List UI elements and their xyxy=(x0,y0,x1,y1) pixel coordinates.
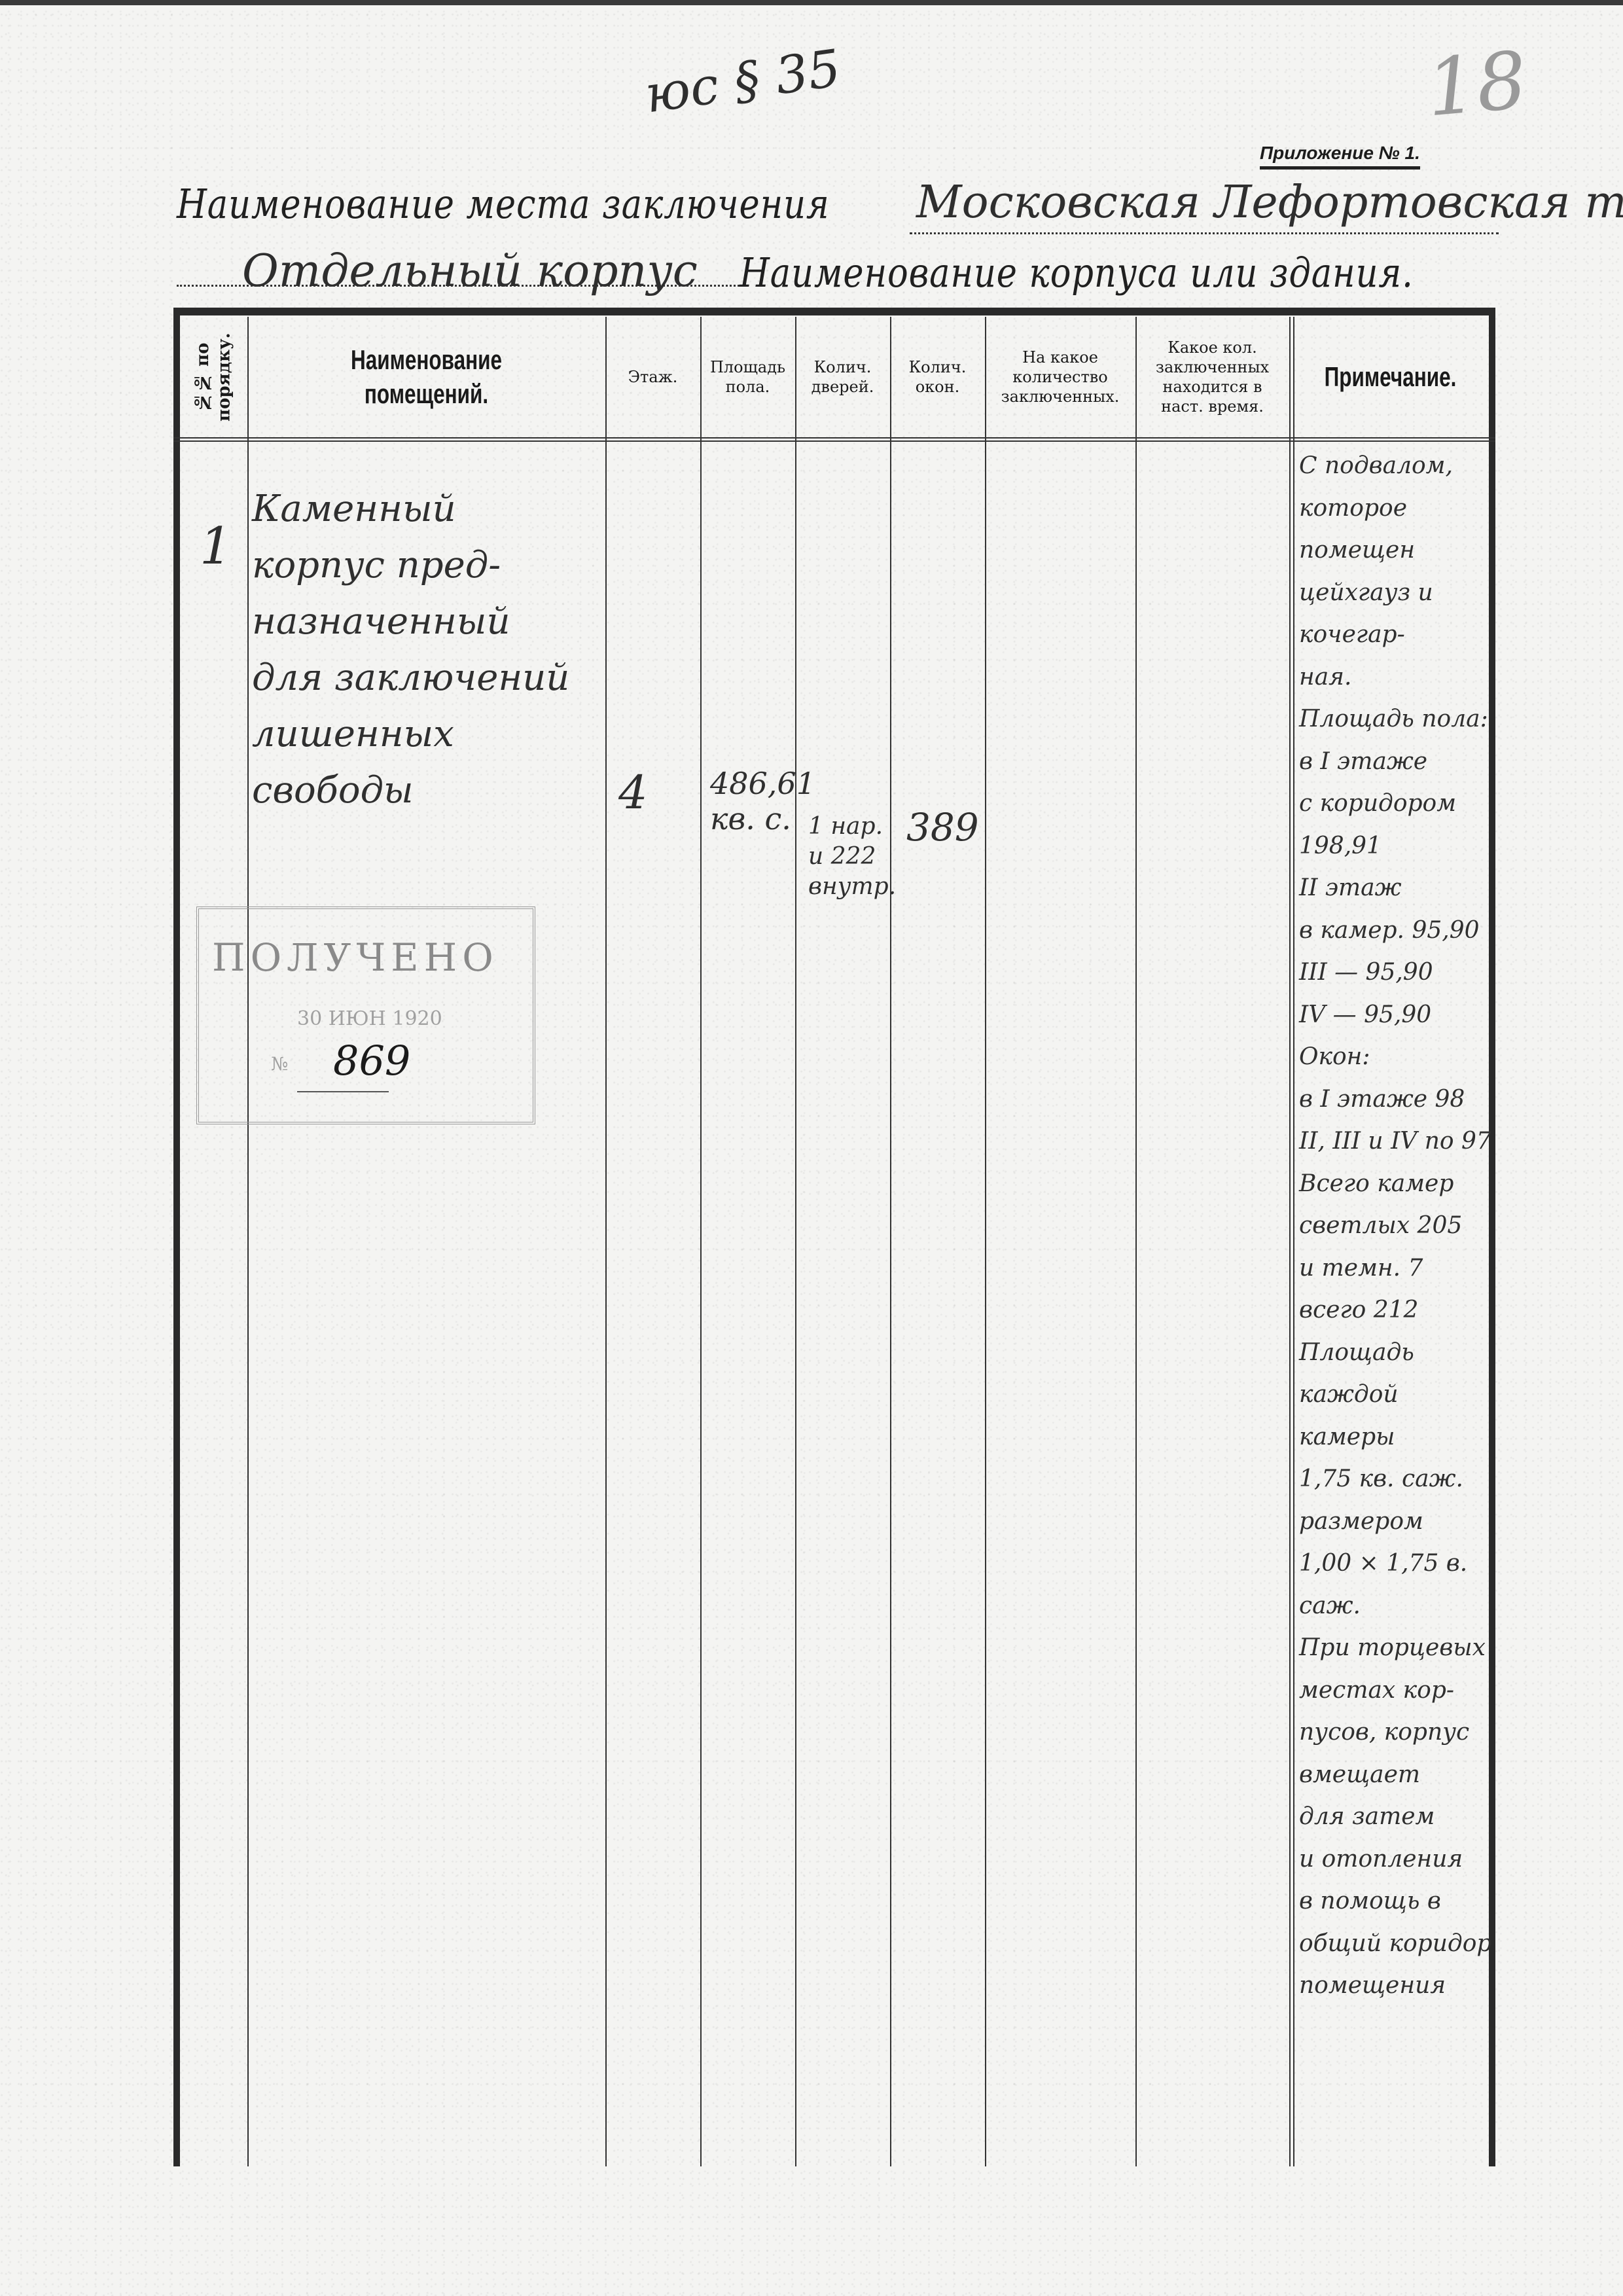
received-stamp: ПОЛУЧЕНО 30 ИЮН 1920 № 869 xyxy=(196,906,535,1124)
header-doors: Колич. дверей. xyxy=(795,317,890,437)
header-separator xyxy=(173,437,1495,442)
place-label: Наименование места заключения xyxy=(177,180,830,228)
header-windows: Колич. окон. xyxy=(890,317,985,437)
floor-area: 486,61 кв. с. xyxy=(710,766,815,836)
place-dotted-line xyxy=(910,232,1499,234)
stamp-date: 30 ИЮН 1920 xyxy=(297,1007,442,1030)
header-room-name: Наименование помещений. xyxy=(247,317,605,437)
premises-table: №№ по порядку. Наименование помещений. Э… xyxy=(173,308,1495,2166)
header-notes: Примечание. xyxy=(1293,317,1489,437)
building-label: Наименование корпуса или здания. xyxy=(740,249,1414,296)
column-divider xyxy=(247,317,249,2166)
stamp-title: ПОЛУЧЕНО xyxy=(212,935,499,980)
floor-count: 4 xyxy=(618,766,648,819)
door-count: 1 нар. и 222 внутр. xyxy=(808,812,896,902)
notes-text: С подвалом, которое помещен цейхгауз и к… xyxy=(1299,445,1495,2007)
header-area: Площадь пола. xyxy=(700,317,795,437)
column-divider xyxy=(795,317,796,2166)
header-current: Какое кол. заключенных находится в наст.… xyxy=(1135,317,1289,437)
column-divider xyxy=(985,317,986,2166)
row-number: 1 xyxy=(200,517,232,576)
column-divider xyxy=(1289,317,1291,2166)
appendix-label: Приложение № 1. xyxy=(1260,143,1420,170)
stamp-number: 869 xyxy=(333,1037,410,1085)
column-divider xyxy=(700,317,702,2166)
scan-edge xyxy=(0,0,1623,5)
page-number: 18 xyxy=(1423,35,1530,135)
stamp-number-label: № xyxy=(271,1053,289,1075)
column-divider xyxy=(605,317,607,2166)
window-count: 389 xyxy=(906,805,979,850)
header-capacity: На какое количество заключенных. xyxy=(985,317,1135,437)
column-divider xyxy=(890,317,891,2166)
table-frame-top xyxy=(173,308,1495,315)
stamp-underline xyxy=(297,1091,389,1092)
table-frame-left xyxy=(173,308,180,2166)
header-floor: Этаж. xyxy=(605,317,700,437)
column-divider xyxy=(1135,317,1137,2166)
header-number: №№ по порядку. xyxy=(180,317,247,437)
room-name: Каменный корпус пред- назначенный для за… xyxy=(252,481,569,819)
building-value: Отдельный корпус xyxy=(242,245,698,297)
reference-number: юс § 35 xyxy=(641,39,844,125)
place-value: Московская Лефортовская тюрьма xyxy=(916,177,1623,228)
